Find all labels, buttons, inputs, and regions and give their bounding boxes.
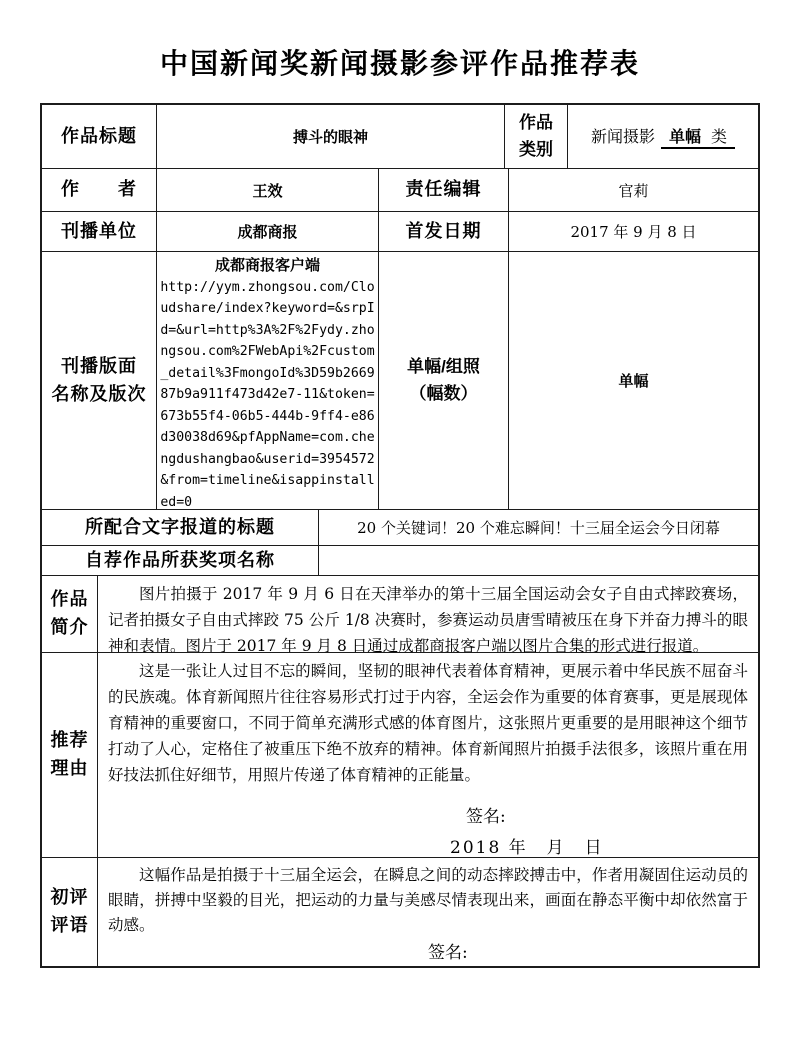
text-report-title-value: 20 个关键词！20 个难忘瞬间！十三届全运会今日闭幕 <box>357 517 720 538</box>
count-type-value-cell: 单幅 <box>509 252 758 509</box>
author-label: 作 者 <box>61 176 137 204</box>
layout-label: 刊播版面名称及版次 <box>52 353 147 409</box>
author-value-cell: 王效 <box>157 169 379 211</box>
intro-text-cell: 图片拍摄于 2017 年 9 月 6 日在天津举办的第十三届全国运动会女子自由式… <box>98 576 758 652</box>
recommend-label: 推荐理由 <box>51 727 89 783</box>
text-report-title-label: 所配合文字报道的标题 <box>85 514 275 542</box>
editor-label: 责任编辑 <box>406 176 482 204</box>
publish-date-value-cell: 2017 年 9 月 8 日 <box>509 212 758 251</box>
work-category-label-cell: 作品类别 <box>505 105 568 168</box>
category-prefix: 新闻摄影 <box>591 127 655 146</box>
work-category-value: 新闻摄影单幅类 <box>591 124 735 149</box>
recommend-text: 这是一张让人过目不忘的瞬间，坚韧的眼神代表着体育精神，更展示着中华民族不屈奋斗的… <box>98 653 758 788</box>
work-title-value: 搏斗的眼神 <box>293 126 368 147</box>
row-layout: 刊播版面名称及版次 成都商报客户端 http://yym.zhongsou.co… <box>42 252 758 510</box>
count-type-label: 单幅/组照（幅数） <box>407 354 480 407</box>
text-report-title-value-cell: 20 个关键词！20 个难忘瞬间！十三届全运会今日闭幕 <box>319 510 758 545</box>
self-award-label-cell: 自荐作品所获奖项名称 <box>42 546 319 575</box>
review-label: 初评评语 <box>51 884 89 940</box>
recommend-text-cell: 这是一张让人过目不忘的瞬间，坚韧的眼神代表着体育精神，更展示着中华民族不屈奋斗的… <box>98 653 758 857</box>
review-sign-label: 签名: <box>428 940 758 966</box>
count-type-label-cell: 单幅/组照（幅数） <box>379 252 509 509</box>
work-category-label: 作品类别 <box>519 110 553 163</box>
text-report-title-label-cell: 所配合文字报道的标题 <box>42 510 319 545</box>
publisher-label-cell: 刊播单位 <box>42 212 157 251</box>
row-author: 作 者 王效 责任编辑 官莉 <box>42 169 758 212</box>
category-underline: 单幅类 <box>661 124 735 149</box>
self-award-value-cell <box>319 546 758 575</box>
recommend-date: 2018 年 月 日 <box>450 832 758 857</box>
category-suffix: 类 <box>711 127 727 146</box>
recommendation-form-document: 中国新闻奖新闻摄影参评作品推荐表 作品标题 搏斗的眼神 作品类别 新闻摄影单幅类… <box>0 0 800 1045</box>
count-type-value: 单幅 <box>618 370 648 391</box>
row-self-award: 自荐作品所获奖项名称 <box>42 546 758 576</box>
row-text-report-title: 所配合文字报道的标题 20 个关键词！20 个难忘瞬间！十三届全运会今日闭幕 <box>42 510 758 546</box>
category-type-value: 单幅 <box>669 129 701 146</box>
work-title-label: 作品标题 <box>61 123 137 151</box>
editor-value-cell: 官莉 <box>509 169 758 211</box>
publisher-value-cell: 成都商报 <box>157 212 379 251</box>
publish-date-label-cell: 首发日期 <box>379 212 509 251</box>
work-title-value-cell: 搏斗的眼神 <box>157 105 505 168</box>
recommend-sign-label: 签名: <box>466 802 758 832</box>
row-intro: 作品简介 图片拍摄于 2017 年 9 月 6 日在天津举办的第十三届全国运动会… <box>42 576 758 653</box>
row-recommend: 推荐理由 这是一张让人过目不忘的瞬间，坚韧的眼神代表着体育精神，更展示着中华民族… <box>42 653 758 858</box>
recommend-label-cell: 推荐理由 <box>42 653 98 857</box>
row-publisher: 刊播单位 成都商报 首发日期 2017 年 9 月 8 日 <box>42 212 758 252</box>
editor-label-cell: 责任编辑 <box>379 169 509 211</box>
review-label-cell: 初评评语 <box>42 858 98 966</box>
work-title-label-cell: 作品标题 <box>42 105 157 168</box>
self-award-label: 自荐作品所获奖项名称 <box>85 547 275 575</box>
intro-label: 作品简介 <box>51 586 89 642</box>
row-work-title: 作品标题 搏斗的眼神 作品类别 新闻摄影单幅类 <box>42 105 758 169</box>
layout-url: http://yym.zhongsou.com/Cloudshare/index… <box>160 277 374 510</box>
client-name: 成都商报客户端 <box>215 255 320 277</box>
row-review: 初评评语 这幅作品是拍摄于十三届全运会，在瞬息之间的动态摔跤搏击中，作者用凝固住… <box>42 858 758 966</box>
intro-label-cell: 作品简介 <box>42 576 98 652</box>
author-label-cell: 作 者 <box>42 169 157 211</box>
work-category-value-cell: 新闻摄影单幅类 <box>568 105 758 168</box>
author-value: 王效 <box>252 180 282 201</box>
publish-date-value: 2017 年 9 月 8 日 <box>570 221 696 242</box>
page-title: 中国新闻奖新闻摄影参评作品推荐表 <box>0 0 800 82</box>
review-text-cell: 这幅作品是拍摄于十三届全运会，在瞬息之间的动态摔跤搏击中，作者用凝固住运动员的眼… <box>98 858 758 966</box>
layout-url-cell: 成都商报客户端 http://yym.zhongsou.com/Cloudsha… <box>157 252 379 509</box>
recommendation-table: 作品标题 搏斗的眼神 作品类别 新闻摄影单幅类 作 者 王效 责任编辑 <box>40 103 760 968</box>
layout-label-cell: 刊播版面名称及版次 <box>42 252 157 509</box>
intro-text: 图片拍摄于 2017 年 9 月 6 日在天津举办的第十三届全国运动会女子自由式… <box>98 576 758 652</box>
editor-value: 官莉 <box>618 180 648 201</box>
publisher-value: 成都商报 <box>237 221 297 242</box>
review-text: 这幅作品是拍摄于十三届全运会，在瞬息之间的动态摔跤搏击中，作者用凝固住运动员的眼… <box>98 858 758 938</box>
publisher-label: 刊播单位 <box>61 218 137 246</box>
publish-date-label: 首发日期 <box>406 218 482 246</box>
